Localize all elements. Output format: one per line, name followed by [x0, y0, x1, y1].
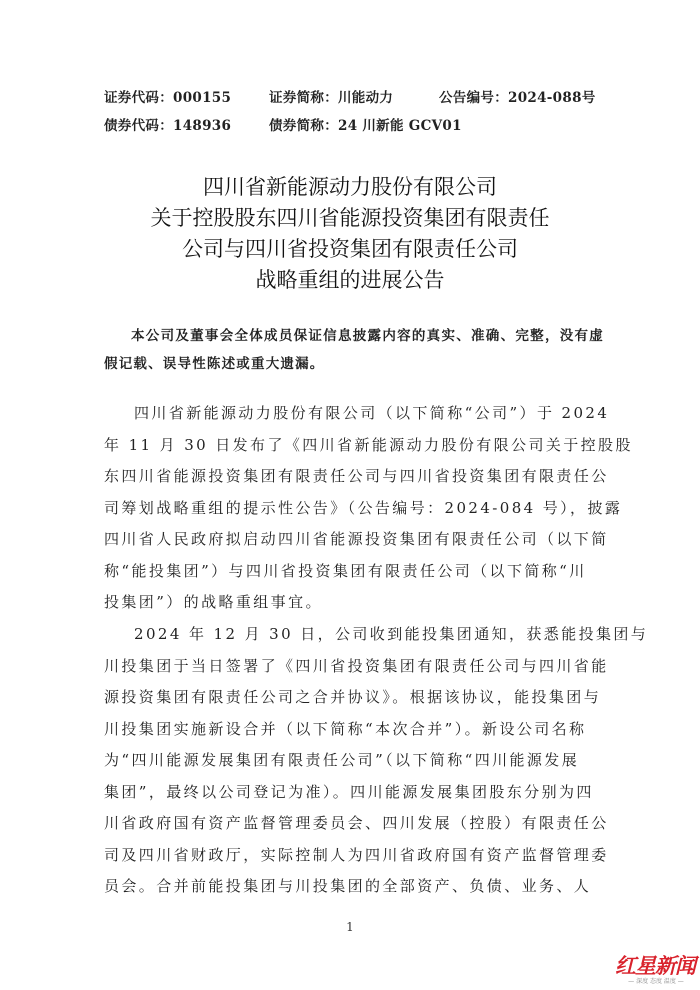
text-line: 源投资集团有限责任公司之合并协议》。根据该协议，能投集团与	[104, 682, 600, 714]
bond-name: 债券简称：24 川新能 GCV01	[269, 114, 462, 134]
text-line: 川省政府国有资产监督管理委员会、四川发展（控股）有限责任公	[104, 808, 600, 840]
text-line: 员会。合并前能投集团与川投集团的全部资产、负债、业务、人	[104, 871, 600, 903]
document-page: 证券代码：000155 证券简称：川能动力 公告编号：2024-088号 债券代…	[0, 0, 700, 990]
watermark-tagline: — 深度 态度 温度 —	[615, 976, 697, 985]
announcement-number: 公告编号：2024-088号	[439, 86, 596, 106]
document-title: 四川省新能源动力股份有限公司 关于控股股东四川省能源投资集团有限责任 公司与四川…	[0, 172, 700, 296]
title-line: 战略重组的进展公告	[0, 265, 700, 296]
text-line: 称“能投集团”）与四川省投资集团有限责任公司（以下简称“川	[104, 556, 600, 588]
text-line: 为“四川能源发展集团有限责任公司”（以下简称“四川能源发展	[104, 745, 600, 777]
disclosure-statement: 本公司及董事会全体成员保证信息披露内容的真实、准确、完整，没有虚假记载、误导性陈…	[104, 322, 604, 378]
page-number: 1	[0, 920, 700, 934]
stock-name: 证券简称：川能动力	[269, 86, 393, 106]
text-line: 川投集团实施新设合并（以下简称“本次合并”）。新设公司名称	[104, 714, 600, 746]
text-line: 司及四川省财政厅，实际控制人为四川省政府国有资产监督管理委	[104, 840, 600, 872]
text-line: 2024 年 12 月 30 日，公司收到能投集团通知，获悉能投集团与	[104, 619, 600, 651]
title-line: 关于控股股东四川省能源投资集团有限责任	[0, 203, 700, 234]
text-line: 集团”，最终以公司登记为准）。四川能源发展集团股东分别为四	[104, 777, 600, 809]
text-line: 四川省人民政府拟启动四川省能源投资集团有限责任公司（以下简	[104, 524, 600, 556]
hongxing-news-watermark: 红星新闻 — 深度 态度 温度 —	[615, 950, 697, 986]
text-line: 东四川省能源投资集团有限责任公司与四川省投资集团有限责任公	[104, 461, 600, 493]
text-line: 年 11 月 30 日发布了《四川省新能源动力股份有限公司关于控股股	[104, 430, 600, 462]
text-line: 投集团”）的战略重组事宜。	[104, 587, 600, 619]
text-line: 川投集团于当日签署了《四川省投资集团有限责任公司与四川省能	[104, 651, 600, 683]
title-line: 四川省新能源动力股份有限公司	[0, 172, 700, 203]
body-paragraph-2: 2024 年 12 月 30 日，公司收到能投集团通知，获悉能投集团与 川投集团…	[104, 619, 600, 903]
title-line: 公司与四川省投资集团有限责任公司	[0, 234, 700, 265]
text-line: 司筹划战略重组的提示性公告》（公告编号：2024-084 号），披露	[104, 493, 600, 525]
body-paragraph-1: 四川省新能源动力股份有限公司（以下简称“公司”）于 2024 年 11 月 30…	[104, 398, 600, 619]
bond-code: 债券代码：148936	[104, 114, 231, 134]
text-line: 四川省新能源动力股份有限公司（以下简称“公司”）于 2024	[104, 398, 600, 430]
stock-code: 证券代码：000155	[104, 86, 231, 106]
